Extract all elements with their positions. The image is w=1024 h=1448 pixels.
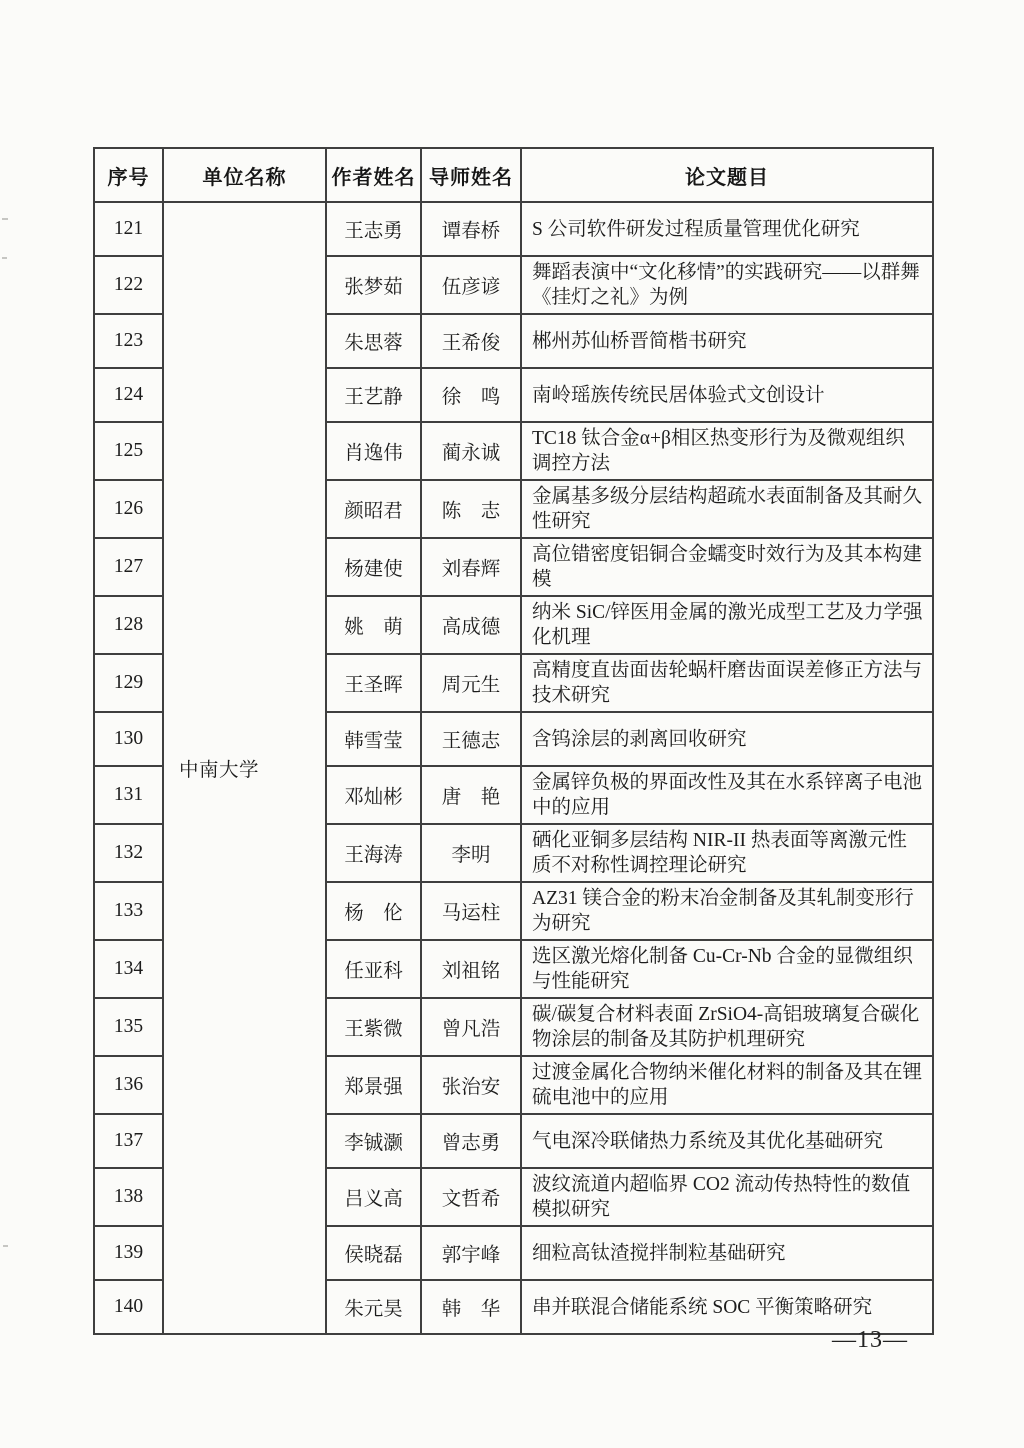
advisor-name-cell: 曾志勇 bbox=[421, 1114, 521, 1168]
thesis-title-cell: 高精度直齿面齿轮蜗杆磨齿面误差修正方法与技术研究 bbox=[521, 654, 933, 712]
table-body: 121 中南大学王志勇 谭春桥 S 公司软件研发过程质量管理优化研究 122 张… bbox=[94, 202, 933, 1334]
serial-number-cell: 126 bbox=[94, 480, 163, 538]
thesis-title-cell: 硒化亚铜多层结构 NIR-II 热表面等离激元性质不对称性调控理论研究 bbox=[521, 824, 933, 882]
thesis-title-cell: 金属锌负极的界面改性及其在水系锌离子电池中的应用 bbox=[521, 766, 933, 824]
thesis-title-cell: TC18 钛合金α+β相区热变形行为及微观组织调控方法 bbox=[521, 422, 933, 480]
advisor-name-cell: 马运柱 bbox=[421, 882, 521, 940]
thesis-title-cell: S 公司软件研发过程质量管理优化研究 bbox=[521, 202, 933, 256]
serial-number-cell: 138 bbox=[94, 1168, 163, 1226]
page-number: —13— bbox=[832, 1327, 908, 1354]
advisor-name-cell: 曾凡浩 bbox=[421, 998, 521, 1056]
serial-number-cell: 135 bbox=[94, 998, 163, 1056]
serial-number-cell: 122 bbox=[94, 256, 163, 314]
advisor-name-cell: 王德志 bbox=[421, 712, 521, 766]
thesis-list-table: 序号 单位名称 作者姓名 导师姓名 论文题目 121 中南大学王志勇 谭春桥 S… bbox=[93, 147, 934, 1335]
header-institution-name: 单位名称 bbox=[163, 148, 326, 202]
author-name-cell: 王志勇 bbox=[326, 202, 421, 256]
institution-cell: 中南大学 bbox=[163, 202, 326, 1334]
thesis-title-cell: 气电深冷联储热力系统及其优化基础研究 bbox=[521, 1114, 933, 1168]
advisor-name-cell: 郭宇峰 bbox=[421, 1226, 521, 1280]
author-name-cell: 邓灿彬 bbox=[326, 766, 421, 824]
serial-number-cell: 121 bbox=[94, 202, 163, 256]
advisor-name-cell: 伍彦谚 bbox=[421, 256, 521, 314]
serial-number-cell: 127 bbox=[94, 538, 163, 596]
advisor-name-cell: 韩 华 bbox=[421, 1280, 521, 1334]
thesis-title-cell: 串并联混合储能系统 SOC 平衡策略研究 bbox=[521, 1280, 933, 1334]
thesis-title-cell: 郴州苏仙桥晋简楷书研究 bbox=[521, 314, 933, 368]
advisor-name-cell: 谭春桥 bbox=[421, 202, 521, 256]
scan-artifact bbox=[2, 218, 8, 220]
serial-number-cell: 132 bbox=[94, 824, 163, 882]
advisor-name-cell: 唐 艳 bbox=[421, 766, 521, 824]
serial-number-cell: 124 bbox=[94, 368, 163, 422]
serial-number-cell: 139 bbox=[94, 1226, 163, 1280]
serial-number-cell: 134 bbox=[94, 940, 163, 998]
thesis-title-cell: 碳/碳复合材料表面 ZrSiO4-高铝玻璃复合碳化物涂层的制备及其防护机理研究 bbox=[521, 998, 933, 1056]
document-page: 序号 单位名称 作者姓名 导师姓名 论文题目 121 中南大学王志勇 谭春桥 S… bbox=[0, 0, 1024, 1448]
advisor-name-cell: 陈 志 bbox=[421, 480, 521, 538]
author-name-cell: 杨 伦 bbox=[326, 882, 421, 940]
author-name-cell: 张梦茹 bbox=[326, 256, 421, 314]
author-name-cell: 韩雪莹 bbox=[326, 712, 421, 766]
author-name-cell: 王海涛 bbox=[326, 824, 421, 882]
advisor-name-cell: 周元生 bbox=[421, 654, 521, 712]
table-header-row: 序号 单位名称 作者姓名 导师姓名 论文题目 bbox=[94, 148, 933, 202]
scan-artifact bbox=[3, 1245, 8, 1247]
serial-number-cell: 136 bbox=[94, 1056, 163, 1114]
author-name-cell: 吕义高 bbox=[326, 1168, 421, 1226]
header-advisor-name: 导师姓名 bbox=[421, 148, 521, 202]
thesis-title-cell: 南岭瑶族传统民居体验式文创设计 bbox=[521, 368, 933, 422]
thesis-title-cell: 纳米 SiC/锌医用金属的激光成型工艺及力学强化机理 bbox=[521, 596, 933, 654]
header-serial-number: 序号 bbox=[94, 148, 163, 202]
serial-number-cell: 133 bbox=[94, 882, 163, 940]
thesis-title-cell: 波纹流道内超临界 CO2 流动传热特性的数值模拟研究 bbox=[521, 1168, 933, 1226]
author-name-cell: 肖逸伟 bbox=[326, 422, 421, 480]
advisor-name-cell: 张治安 bbox=[421, 1056, 521, 1114]
serial-number-cell: 128 bbox=[94, 596, 163, 654]
advisor-name-cell: 徐 鸣 bbox=[421, 368, 521, 422]
thesis-title-cell: 含钨涂层的剥离回收研究 bbox=[521, 712, 933, 766]
author-name-cell: 姚 萌 bbox=[326, 596, 421, 654]
serial-number-cell: 123 bbox=[94, 314, 163, 368]
thesis-title-cell: 选区激光熔化制备 Cu-Cr-Nb 合金的显微组织与性能研究 bbox=[521, 940, 933, 998]
author-name-cell: 侯晓磊 bbox=[326, 1226, 421, 1280]
advisor-name-cell: 文哲希 bbox=[421, 1168, 521, 1226]
author-name-cell: 郑景强 bbox=[326, 1056, 421, 1114]
serial-number-cell: 130 bbox=[94, 712, 163, 766]
serial-number-cell: 125 bbox=[94, 422, 163, 480]
author-name-cell: 任亚科 bbox=[326, 940, 421, 998]
header-author-name: 作者姓名 bbox=[326, 148, 421, 202]
serial-number-cell: 129 bbox=[94, 654, 163, 712]
thesis-title-cell: AZ31 镁合金的粉末冶金制备及其轧制变形行为研究 bbox=[521, 882, 933, 940]
advisor-name-cell: 刘春辉 bbox=[421, 538, 521, 596]
thesis-title-cell: 金属基多级分层结构超疏水表面制备及其耐久性研究 bbox=[521, 480, 933, 538]
table-row: 121 中南大学王志勇 谭春桥 S 公司软件研发过程质量管理优化研究 bbox=[94, 202, 933, 256]
author-name-cell: 杨建使 bbox=[326, 538, 421, 596]
header-thesis-title: 论文题目 bbox=[521, 148, 933, 202]
author-name-cell: 朱思蓉 bbox=[326, 314, 421, 368]
advisor-name-cell: 王希俊 bbox=[421, 314, 521, 368]
author-name-cell: 王圣晖 bbox=[326, 654, 421, 712]
author-name-cell: 王紫微 bbox=[326, 998, 421, 1056]
author-name-cell: 李铖灏 bbox=[326, 1114, 421, 1168]
advisor-name-cell: 刘祖铭 bbox=[421, 940, 521, 998]
advisor-name-cell: 高成德 bbox=[421, 596, 521, 654]
author-name-cell: 王艺静 bbox=[326, 368, 421, 422]
author-name-cell: 颜昭君 bbox=[326, 480, 421, 538]
thesis-title-cell: 过渡金属化合物纳米催化材料的制备及其在锂硫电池中的应用 bbox=[521, 1056, 933, 1114]
serial-number-cell: 137 bbox=[94, 1114, 163, 1168]
thesis-title-cell: 高位错密度铝铜合金蠕变时效行为及其本构建模 bbox=[521, 538, 933, 596]
serial-number-cell: 131 bbox=[94, 766, 163, 824]
thesis-title-cell: 细粒高钛渣搅拌制粒基础研究 bbox=[521, 1226, 933, 1280]
institution-name: 中南大学 bbox=[179, 760, 259, 781]
thesis-title-cell: 舞蹈表演中“文化移情”的实践研究——以群舞《挂灯之礼》为例 bbox=[521, 256, 933, 314]
scan-artifact bbox=[2, 257, 7, 259]
serial-number-cell: 140 bbox=[94, 1280, 163, 1334]
author-name-cell: 朱元昊 bbox=[326, 1280, 421, 1334]
advisor-name-cell: 蔺永诚 bbox=[421, 422, 521, 480]
advisor-name-cell: 李明 bbox=[421, 824, 521, 882]
